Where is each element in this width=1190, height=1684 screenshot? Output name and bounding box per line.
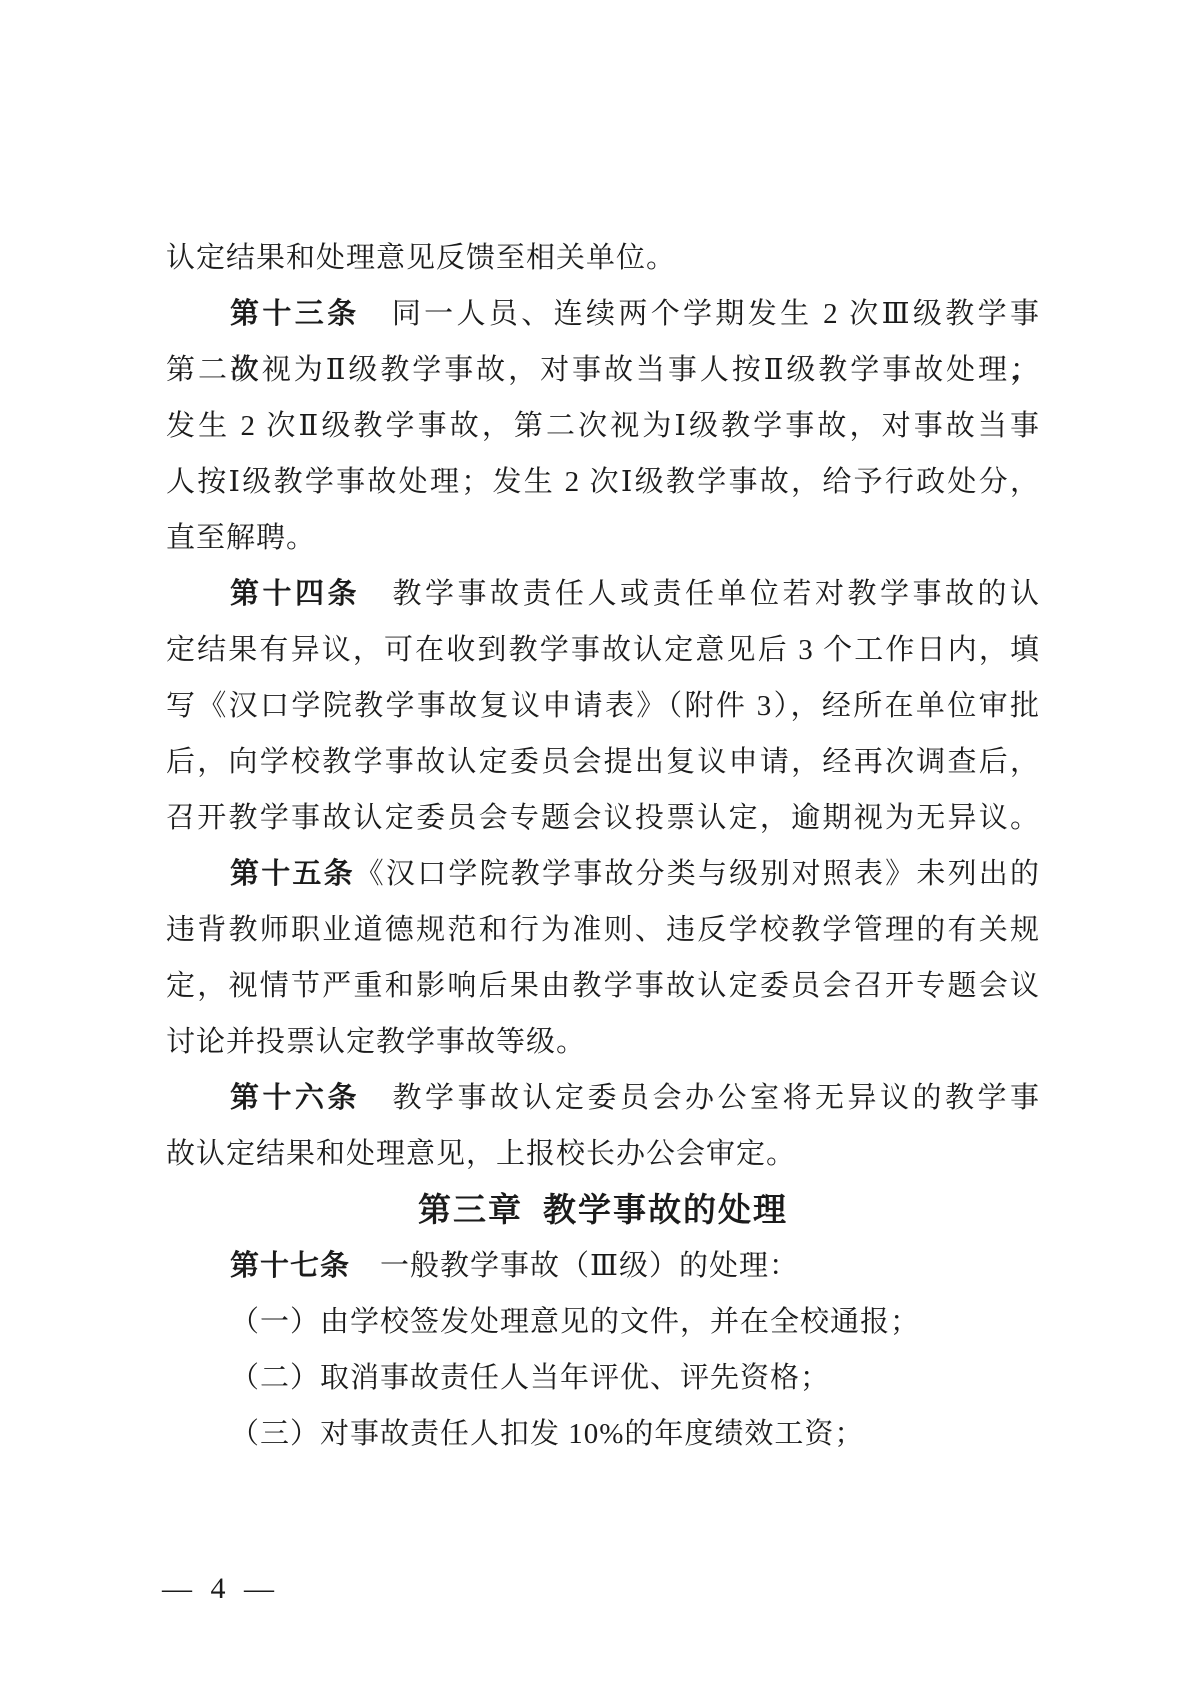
line-text: （一）由学校签发处理意见的文件，并在全校通报； [230, 1306, 920, 1338]
text-line: （二）取消事故责任人当年评优、评先资格； [166, 1350, 1040, 1406]
line-text: 定结果有异议，可在收到教学事故认定意见后 3 个工作日内，填 [166, 634, 1040, 666]
line-text: 故认定结果和处理意见，上报校长办公会审定。 [166, 1138, 796, 1170]
text-line: 直至解聘。 [166, 510, 1040, 566]
text-line: 第十六条 教学事故认定委员会办公室将无异议的教学事 [166, 1070, 1040, 1126]
text-line: 第十四条 教学事故责任人或责任单位若对教学事故的认 [166, 566, 1040, 622]
text-line: 写《汉口学院教学事故复议申请表》（附件 3），经所在单位审批 [166, 678, 1040, 734]
text-line: 发生 2 次Ⅱ级教学事故，第二次视为Ⅰ级教学事故，对事故当事 [166, 398, 1040, 454]
text-line: （一）由学校签发处理意见的文件，并在全校通报； [166, 1294, 1040, 1350]
text-line: 第十三条 同一人员、连续两个学期发生 2 次Ⅲ级教学事故， [166, 286, 1040, 342]
line-text: 《汉口学院教学事故分类与级别对照表》未列出的 [355, 858, 1040, 890]
line-text: 违背教师职业道德规范和行为准则、违反学校教学管理的有关规 [166, 914, 1040, 946]
text-line: 第二次视为Ⅱ级教学事故，对事故当事人按Ⅱ级教学事故处理； [166, 342, 1040, 398]
line-text: 教学事故责任人或责任单位若对教学事故的认 [360, 578, 1040, 610]
line-text: 讨论并投票认定教学事故等级。 [166, 1026, 586, 1058]
line-text: 后，向学校教学事故认定委员会提出复议申请，经再次调查后， [166, 746, 1040, 778]
text-line: 讨论并投票认定教学事故等级。 [166, 1014, 1040, 1070]
chapter-title: 教学事故的处理 [543, 1191, 788, 1228]
line-text: 定，视情节严重和影响后果由教学事故认定委员会召开专题会议 [166, 970, 1040, 1002]
line-text: 发生 2 次Ⅱ级教学事故，第二次视为Ⅰ级教学事故，对事故当事 [166, 410, 1040, 442]
line-text: 写《汉口学院教学事故复议申请表》（附件 3），经所在单位审批 [166, 690, 1040, 722]
line-text: （三）对事故责任人扣发 10%的年度绩效工资； [230, 1418, 864, 1450]
text-line: 人按Ⅰ级教学事故处理；发生 2 次Ⅰ级教学事故，给予行政处分， [166, 454, 1040, 510]
line-text: 一般教学事故（Ⅲ级）的处理： [350, 1250, 799, 1282]
article-number: 第十七条 [230, 1250, 350, 1282]
line-text: 人按Ⅰ级教学事故处理；发生 2 次Ⅰ级教学事故，给予行政处分， [166, 466, 1040, 498]
text-line: 第十五条《汉口学院教学事故分类与级别对照表》未列出的 [166, 846, 1040, 902]
text-line: 召开教学事故认定委员会专题会议投票认定，逾期视为无异议。 [166, 790, 1040, 846]
article-number: 第十三条 [230, 298, 359, 330]
line-text: 认定结果和处理意见反馈至相关单位。 [166, 242, 676, 274]
text-line: 定结果有异议，可在收到教学事故认定意见后 3 个工作日内，填 [166, 622, 1040, 678]
text-line: 违背教师职业道德规范和行为准则、违反学校教学管理的有关规 [166, 902, 1040, 958]
page-number: — 4 — [162, 1572, 275, 1606]
text-line: 第十七条 一般教学事故（Ⅲ级）的处理： [166, 1238, 1040, 1294]
text-block: 认定结果和处理意见反馈至相关单位。 第十三条 同一人员、连续两个学期发生 2 次… [166, 230, 1040, 1462]
text-line: 定，视情节严重和影响后果由教学事故认定委员会召开专题会议 [166, 958, 1040, 1014]
text-line: 后，向学校教学事故认定委员会提出复议申请，经再次调查后， [166, 734, 1040, 790]
line-text: （二）取消事故责任人当年评优、评先资格； [230, 1362, 830, 1394]
article-number: 第十五条 [230, 858, 355, 890]
text-line: 认定结果和处理意见反馈至相关单位。 [166, 230, 1040, 286]
text-line: 故认定结果和处理意见，上报校长办公会审定。 [166, 1126, 1040, 1182]
line-text: 直至解聘。 [166, 522, 316, 554]
line-text: 召开教学事故认定委员会专题会议投票认定，逾期视为无异议。 [166, 802, 1040, 834]
line-text: 第二次视为Ⅱ级教学事故，对事故当事人按Ⅱ级教学事故处理； [166, 354, 1040, 386]
text-line: （三）对事故责任人扣发 10%的年度绩效工资； [166, 1406, 1040, 1462]
article-number: 第十六条 [230, 1082, 360, 1114]
chapter-heading: 第三章教学事故的处理 [166, 1182, 1040, 1238]
article-number: 第十四条 [230, 578, 360, 610]
document-page: 认定结果和处理意见反馈至相关单位。 第十三条 同一人员、连续两个学期发生 2 次… [0, 0, 1190, 1684]
line-text: 教学事故认定委员会办公室将无异议的教学事 [360, 1082, 1040, 1114]
chapter-number: 第三章 [418, 1191, 523, 1228]
